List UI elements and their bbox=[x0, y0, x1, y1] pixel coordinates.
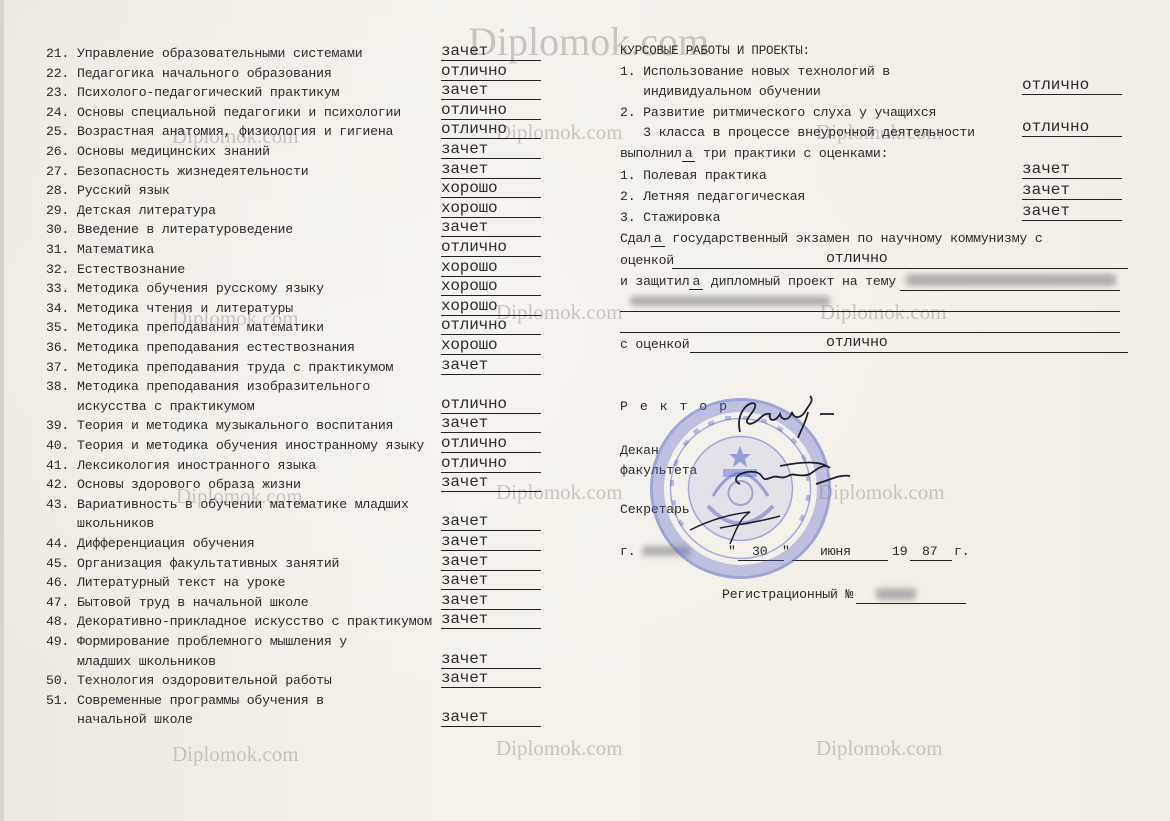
subject-grade: хорошо bbox=[441, 297, 541, 316]
state-exam-suffix: а bbox=[651, 231, 665, 247]
subject-number: 24. bbox=[46, 103, 76, 123]
subject-name: Основы специальной педагогики и психолог… bbox=[77, 103, 447, 123]
subject-grade: отлично bbox=[441, 62, 541, 81]
subject-grade: зачет bbox=[441, 473, 541, 492]
subject-number: 49. bbox=[46, 632, 76, 652]
date-year-suffix: г. bbox=[954, 542, 969, 562]
subject-name: Педагогика начального образования bbox=[77, 64, 447, 84]
subject-number: 26. bbox=[46, 142, 76, 162]
subject-number: 38. bbox=[46, 377, 76, 397]
diploma-topic-line-1 bbox=[900, 290, 1120, 291]
subject-number: 33. bbox=[46, 279, 76, 299]
subject-name: Основы здорового образа жизни bbox=[77, 475, 447, 495]
subject-grade: хорошо bbox=[441, 336, 541, 355]
subject-grade: зачет bbox=[441, 552, 541, 571]
subject-number: 37. bbox=[46, 358, 76, 378]
subject-grade: зачет bbox=[441, 356, 541, 375]
subject-grade: хорошо bbox=[441, 258, 541, 277]
subject-number: 31. bbox=[46, 240, 76, 260]
subject-number: 32. bbox=[46, 260, 76, 280]
dean-signature-icon bbox=[720, 454, 870, 494]
state-exam-prefix: Сдал bbox=[620, 231, 651, 246]
subject-number: 29. bbox=[46, 201, 76, 221]
coursework-item-1-line2: индивидуальном обучении bbox=[620, 82, 821, 102]
subject-grade: зачет bbox=[441, 512, 541, 531]
subject-grade: отлично bbox=[441, 395, 541, 414]
subject-number: 36. bbox=[46, 338, 76, 358]
subject-number: 35. bbox=[46, 318, 76, 338]
practice-intro-prefix: выполнил bbox=[620, 146, 682, 161]
watermark: Diplomok.com bbox=[820, 300, 947, 325]
registration-number-redacted bbox=[876, 588, 916, 600]
subject-number: 46. bbox=[46, 573, 76, 593]
subject-grade: отлично bbox=[441, 316, 541, 335]
subject-name: Литературный текст на уроке bbox=[77, 573, 447, 593]
subject-grade: отлично bbox=[441, 101, 541, 120]
subject-number: 34. bbox=[46, 299, 76, 319]
practice-item-3-grade: зачет bbox=[1022, 202, 1122, 221]
subject-grade: зачет bbox=[441, 669, 541, 688]
subject-grade: зачет bbox=[441, 532, 541, 551]
subject-grade: зачет bbox=[441, 571, 541, 590]
subject-grade: зачет bbox=[441, 708, 541, 727]
subject-number: 28. bbox=[46, 181, 76, 201]
watermark: Diplomok.com bbox=[816, 736, 943, 761]
subject-name: Дифференциация обучения bbox=[77, 534, 447, 554]
subject-grade: зачет bbox=[441, 414, 541, 433]
subject-name: Введение в литературоведение bbox=[77, 220, 447, 240]
subject-name: Бытовой труд в начальной школе bbox=[77, 593, 447, 613]
coursework-heading: КУРСОВЫЕ РАБОТЫ И ПРОЕКТЫ: bbox=[620, 42, 810, 62]
subject-name: Организация факультативных занятий bbox=[77, 554, 447, 574]
subject-number: 47. bbox=[46, 593, 76, 613]
practice-item-1-grade: зачет bbox=[1022, 160, 1122, 179]
diploma-grade-line bbox=[690, 352, 1128, 353]
state-exam-grade: отлично bbox=[826, 249, 888, 269]
subject-number: 44. bbox=[46, 534, 76, 554]
subject-number: 50. bbox=[46, 671, 76, 691]
subject-number: 43. bbox=[46, 495, 76, 515]
subject-number: 23. bbox=[46, 83, 76, 103]
state-exam-rest: государственный экзамен по научному комм… bbox=[665, 231, 1043, 246]
subject-number: 27. bbox=[46, 162, 76, 182]
practice-intro-rest: три практики с оценками: bbox=[695, 146, 888, 161]
subject-grade: зачет bbox=[441, 591, 541, 610]
subject-number: 21. bbox=[46, 44, 76, 64]
subject-number: 39. bbox=[46, 416, 76, 436]
subject-grade: зачет bbox=[441, 140, 541, 159]
subject-number: 30. bbox=[46, 220, 76, 240]
page-edge bbox=[0, 0, 4, 821]
diploma-grade: отлично bbox=[826, 333, 888, 353]
subject-name: Детская литература bbox=[77, 201, 447, 221]
coursework-item-1-grade: отлично bbox=[1022, 76, 1122, 95]
diploma-prefix: и защитил bbox=[620, 274, 689, 289]
rector-signature-icon bbox=[710, 392, 870, 442]
diploma-topic-redacted-2 bbox=[630, 296, 830, 306]
subject-grade: хорошо bbox=[441, 277, 541, 296]
subject-grade: зачет bbox=[441, 160, 541, 179]
subject-number: 22. bbox=[46, 64, 76, 84]
subject-grade: зачет bbox=[441, 42, 541, 61]
subject-name: Управление образовательными системами bbox=[77, 44, 447, 64]
subject-number: 51. bbox=[46, 691, 76, 711]
date-city-prefix: г. bbox=[620, 542, 635, 562]
subject-name: Вариативность в обучении математике млад… bbox=[77, 495, 447, 534]
date-year-prefix: 19 bbox=[892, 542, 907, 562]
subject-name: Лексикология иностранного языка bbox=[77, 456, 447, 476]
subject-name: Психолого-педагогический практикум bbox=[77, 83, 447, 103]
state-exam-grade-label: оценкой bbox=[620, 251, 674, 271]
subject-name: Формирование проблемного мышления у млад… bbox=[77, 632, 447, 671]
subject-name: Методика преподавания естествознания bbox=[77, 338, 447, 358]
diploma-text: и защитила дипломный проект на тему bbox=[620, 272, 896, 292]
subject-name: Декоративно-прикладное искусство с практ… bbox=[77, 612, 447, 632]
watermark: Diplomok.com bbox=[172, 742, 299, 767]
subject-name: Математика bbox=[77, 240, 447, 260]
subject-name: Теория и методика обучения иностранному … bbox=[77, 436, 447, 456]
coursework-item-2-line1: 2. Развитие ритмического слуха у учащихс… bbox=[620, 103, 936, 123]
subject-name: Современные программы обучения в начальн… bbox=[77, 691, 447, 730]
subject-name: Теория и методика музыкального воспитани… bbox=[77, 416, 447, 436]
practice-intro-suffix: а bbox=[682, 146, 696, 162]
subject-grade: зачет bbox=[441, 650, 541, 669]
practice-item-3-label: 3. Стажировка bbox=[620, 208, 720, 228]
diploma-grade-label: с оценкой bbox=[620, 335, 689, 355]
subject-number: 40. bbox=[46, 436, 76, 456]
registration-label: Регистрационный № bbox=[722, 585, 853, 605]
registration-number-line bbox=[856, 603, 966, 604]
subject-grade: отлично bbox=[441, 120, 541, 139]
subject-name: Методика чтения и литературы bbox=[77, 299, 447, 319]
subject-name: Безопасность жизнедеятельности bbox=[77, 162, 447, 182]
state-exam-text: Сдала государственный экзамен по научном… bbox=[620, 229, 1043, 249]
subject-grade: хорошо bbox=[441, 179, 541, 198]
watermark: Diplomok.com bbox=[496, 736, 623, 761]
subject-number: 48. bbox=[46, 612, 76, 632]
practice-item-2-label: 2. Летняя педагогическая bbox=[620, 187, 805, 207]
coursework-item-2-line2: 3 класса в процессе внеурочной деятельно… bbox=[620, 123, 975, 143]
subject-name: Методика обучения русскому языку bbox=[77, 279, 447, 299]
subject-name: Русский язык bbox=[77, 181, 447, 201]
subject-name: Методика преподавания математики bbox=[77, 318, 447, 338]
subject-grade: зачет bbox=[441, 610, 541, 629]
diploma-rest: дипломный проект на тему bbox=[703, 274, 896, 289]
subject-name: Возрастная анатомия, физиология и гигиен… bbox=[77, 122, 447, 142]
subject-grade: отлично bbox=[441, 454, 541, 473]
state-exam-grade-line bbox=[672, 268, 1128, 269]
subject-number: 25. bbox=[46, 122, 76, 142]
practice-item-2-grade: зачет bbox=[1022, 181, 1122, 200]
subject-name: Естествознание bbox=[77, 260, 447, 280]
subject-grade: хорошо bbox=[441, 199, 541, 218]
subject-grade: отлично bbox=[441, 238, 541, 257]
coursework-item-2-grade: отлично bbox=[1022, 118, 1122, 137]
subject-grade: отлично bbox=[441, 434, 541, 453]
practice-item-1-label: 1. Полевая практика bbox=[620, 166, 767, 186]
subject-name: Методика преподавания изобразительного и… bbox=[77, 377, 447, 416]
subject-grade: зачет bbox=[441, 81, 541, 100]
secretary-signature-icon bbox=[680, 500, 790, 550]
subject-number: 45. bbox=[46, 554, 76, 574]
diploma-topic-line-2 bbox=[620, 311, 1120, 312]
subject-grade: зачет bbox=[441, 218, 541, 237]
subject-name: Методика преподавания труда с практикумо… bbox=[77, 358, 447, 378]
date-year: 87 bbox=[922, 542, 937, 562]
practice-intro: выполнила три практики с оценками: bbox=[620, 144, 888, 164]
coursework-item-1-line1: 1. Использование новых технологий в bbox=[620, 62, 890, 82]
diploma-topic-redacted bbox=[906, 274, 1116, 286]
subject-number: 42. bbox=[46, 475, 76, 495]
diploma-suffix: а bbox=[689, 274, 703, 290]
subject-number: 41. bbox=[46, 456, 76, 476]
subject-name: Основы медицинских знаний bbox=[77, 142, 447, 162]
subject-name: Технология оздоровительной работы bbox=[77, 671, 447, 691]
